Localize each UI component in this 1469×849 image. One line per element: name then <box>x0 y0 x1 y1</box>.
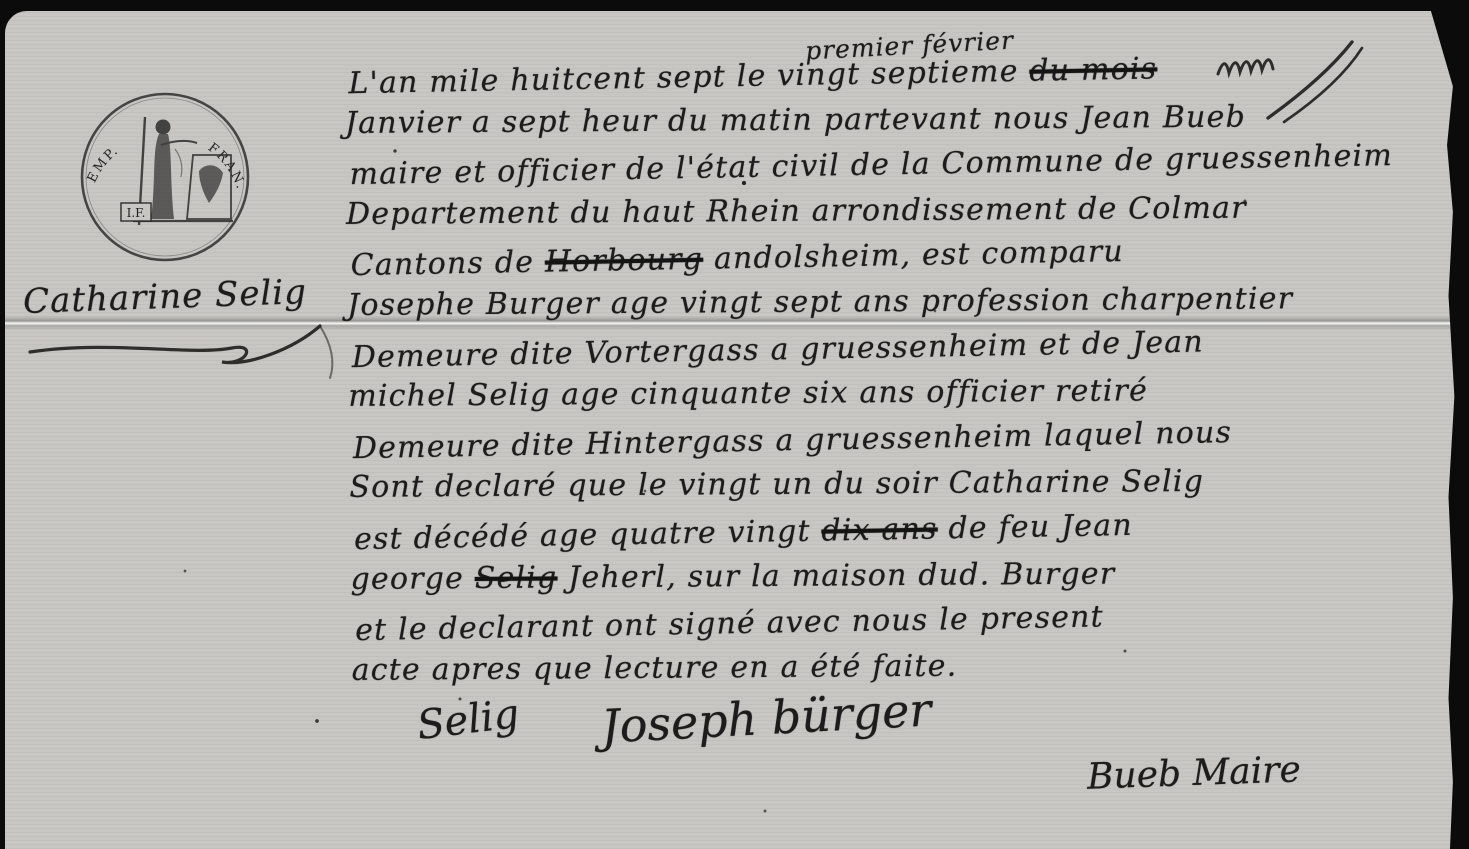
struck-text: Selig <box>475 560 558 596</box>
line-text: andolsheim, est comparu <box>703 234 1124 277</box>
paper-sheet: EMP. FRAN. I.F. Catharine Selig prem <box>5 11 1469 849</box>
body-lines: L'an mile huitcent sept le vingt septiem… <box>348 44 1466 696</box>
line-text: L'an mile huitcent sept le vingt septiem… <box>348 54 1030 101</box>
seal-initials-box: I.F. <box>121 203 151 221</box>
line-text: Jeherl, sur la maison dud. Burger <box>557 556 1115 595</box>
line-text: de feu Jean <box>937 508 1133 547</box>
scanned-death-record-page: EMP. FRAN. I.F. Catharine Selig prem <box>0 0 1469 849</box>
line-text: et le declarant ont signé avec nous le p… <box>355 600 1104 649</box>
line-text: maire et officier de l'état civil de la … <box>349 138 1393 192</box>
empire-francais-seal: EMP. FRAN. I.F. <box>75 87 255 267</box>
line-text: Janvier a sept heur du matin partevant n… <box>345 99 1246 140</box>
line-text: Departement du haut Rhein arrondissement… <box>346 190 1247 231</box>
struck-text: du mois <box>1029 51 1158 88</box>
seal-initials: I.F. <box>127 206 146 220</box>
line-text: Demeure dite Vortergass a gruessenheim e… <box>351 324 1204 375</box>
struck-text: Horbourg <box>545 242 704 280</box>
line-text: george <box>350 561 475 597</box>
margin-decedent-name: Catharine Selig <box>22 272 307 322</box>
line-text: michel Selig age cinquante six ans offic… <box>348 373 1148 414</box>
line-text: Cantons de <box>350 245 545 284</box>
line-text: Demeure dite Hintergass a gruessenheim l… <box>353 415 1233 466</box>
line-text: est décédé age quatre vingt <box>354 514 822 558</box>
signature-joseph-burger: Joseph bürger <box>600 682 933 753</box>
signature-selig: Selig <box>415 691 522 749</box>
line-text: acte apres que lecture en a été faite. <box>352 648 958 687</box>
struck-text: dix ans <box>821 511 938 548</box>
signature-bueb-maire: Bueb Maire <box>1086 749 1301 797</box>
line-text: Josephe Burger age vingt sept ans profes… <box>347 281 1293 323</box>
line-text: Sont declaré que le vingt un du soir Cat… <box>349 464 1204 505</box>
